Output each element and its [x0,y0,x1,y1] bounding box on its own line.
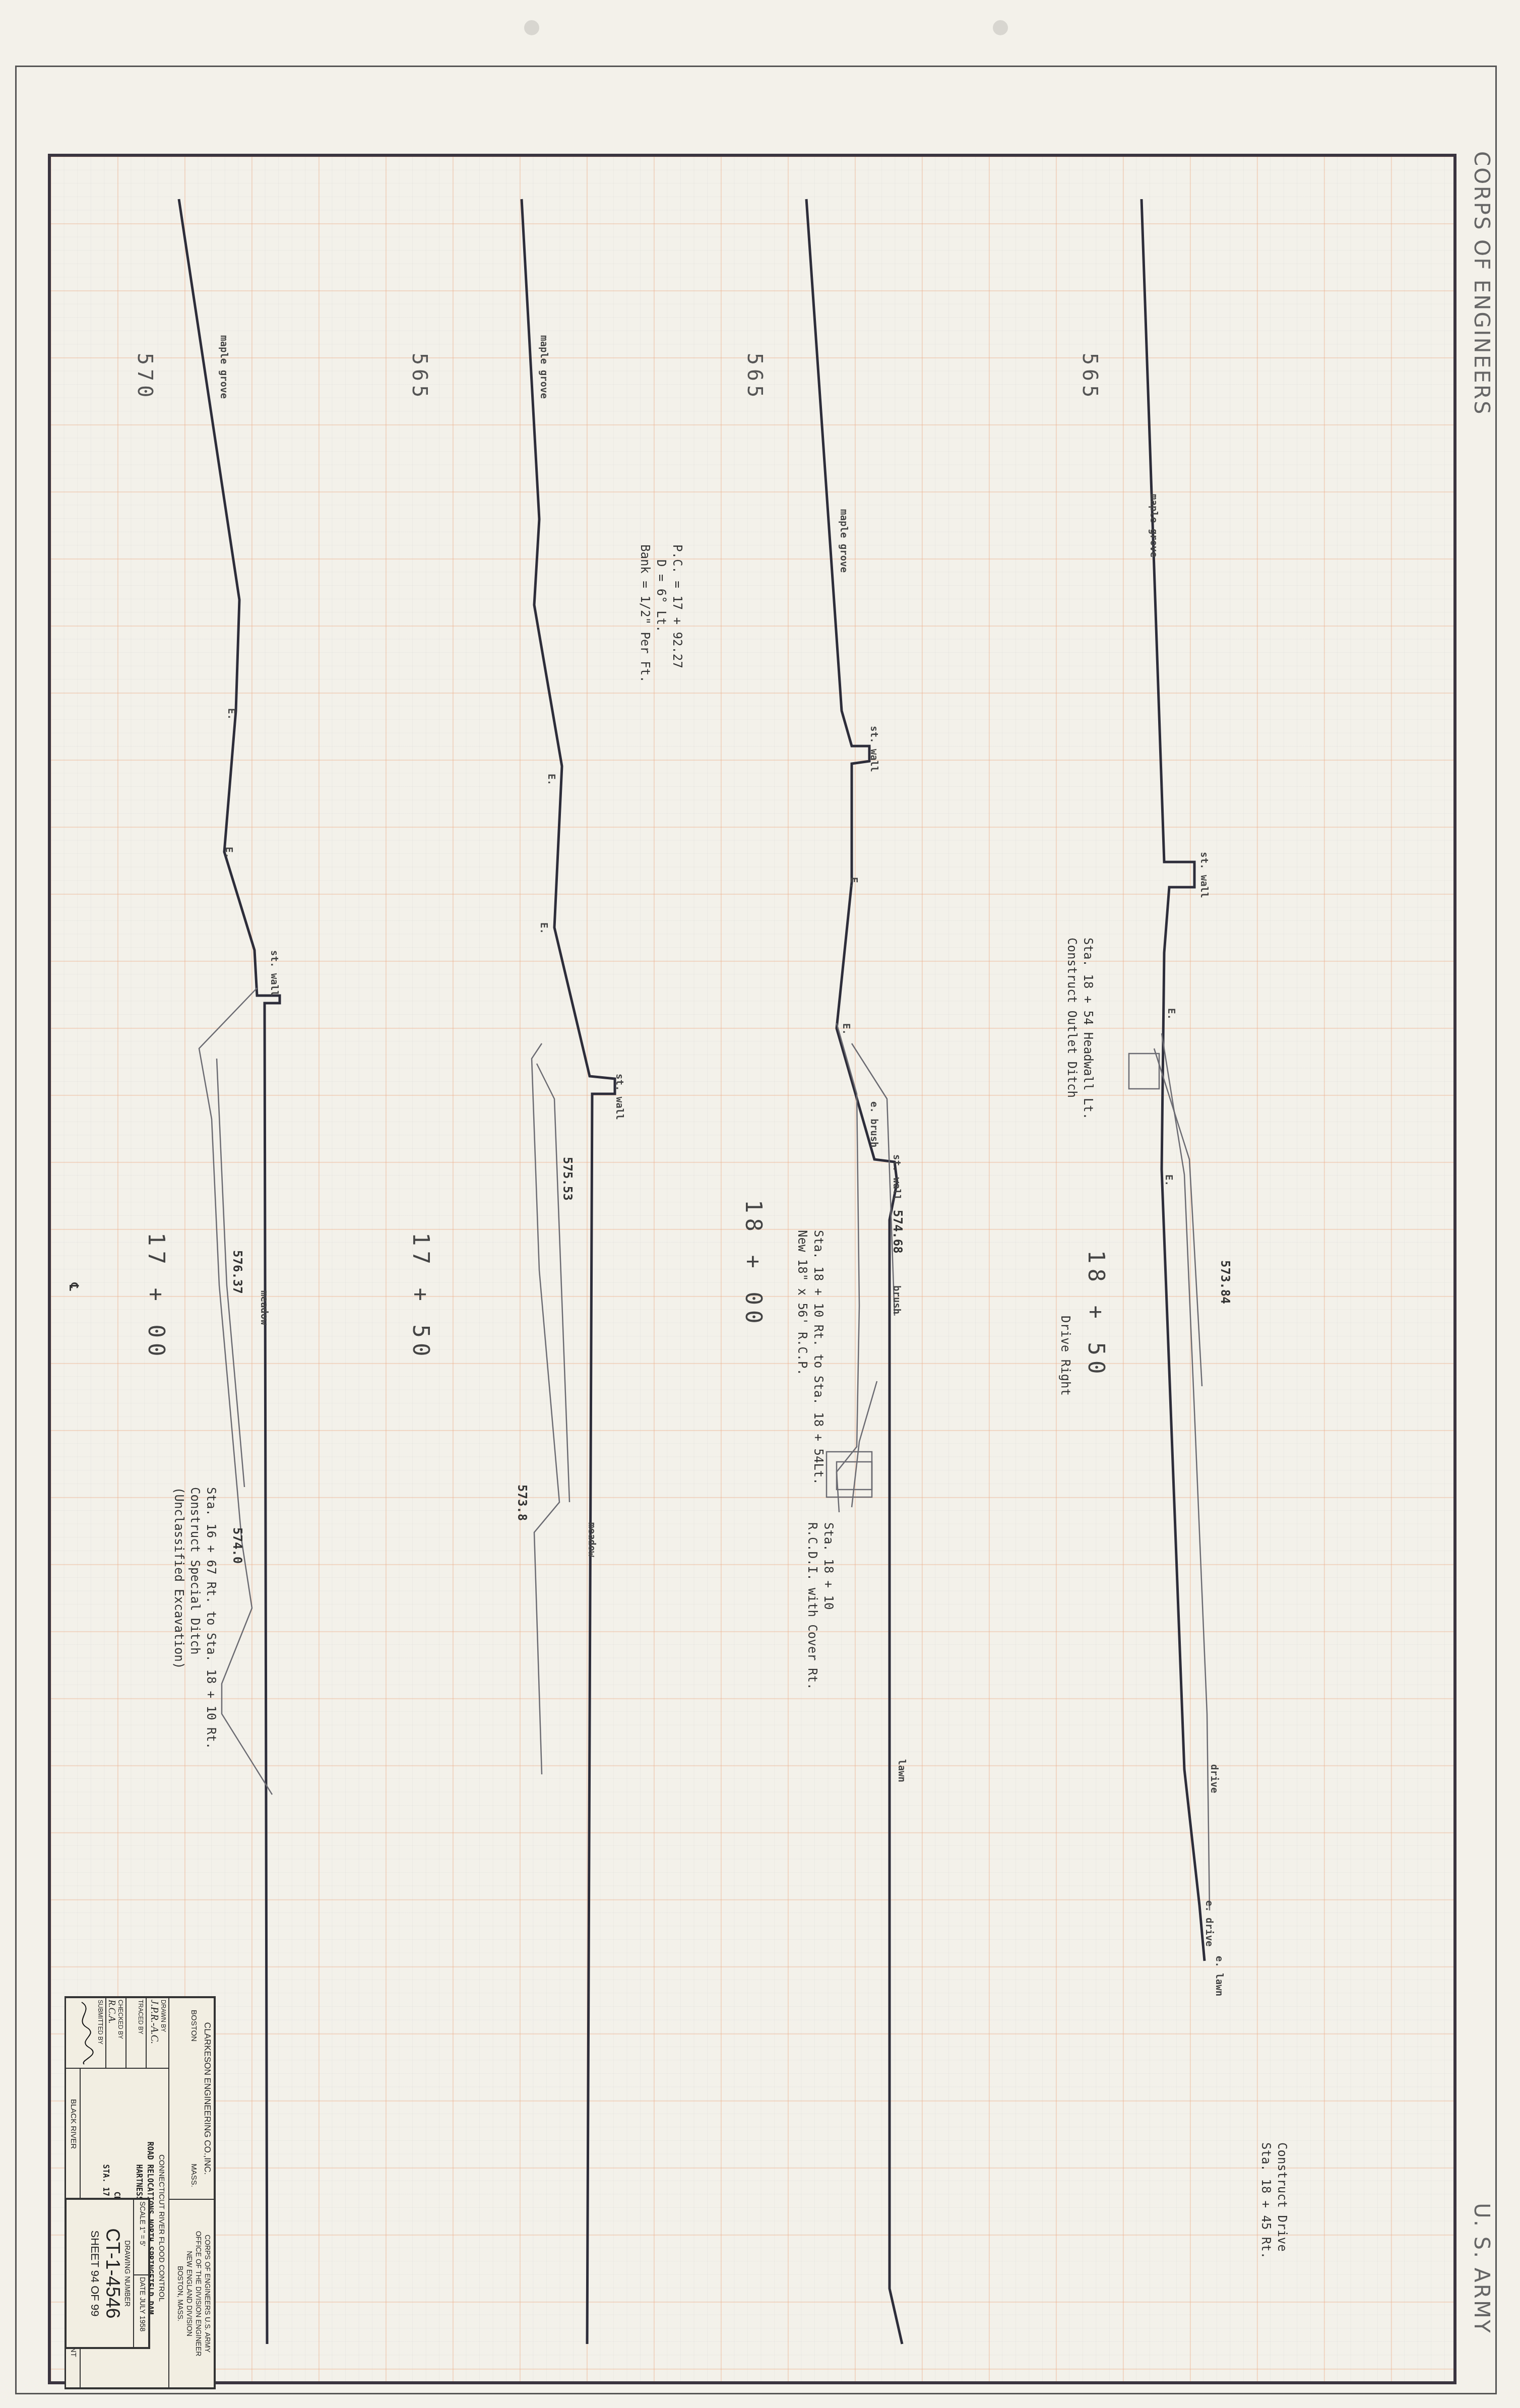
section-2-ditch-elevation: 573.8 [515,1485,529,1521]
note-line: D = 6° Lt. [653,544,669,683]
note-line: Sta. 18 + 45 Rt. [1258,2142,1274,2259]
submitted-by-label: SUBMITTED BY [97,2000,104,2066]
centerline-symbol: ℄ [67,1283,81,1290]
agency-cell: CORPS OF ENGINEERS U.S. ARMY OFFICE OF T… [169,2199,214,2388]
checked-by-label: CHECKED BY [117,2000,124,2066]
note-line: Sta. 16 + 67 Rt. to Sta. 18 + 10 Rt. [203,1487,219,1749]
agency-line: NEW ENGLAND DIVISION [185,2201,194,2386]
section-3-inlet-note: Sta. 18 + 10 R.C.D.I. with Cover Rt. [804,1522,837,1690]
section-4-headwall-note: Sta. 18 + 54 Headwall Lt. Construct Outl… [1064,938,1096,1120]
section-1-label-st-wall: st. wall [269,950,280,997]
section-3-pipe-note: Sta. 18 + 10 Rt. to Sta. 18 + 54Lt. New … [794,1230,827,1485]
section-1-station: 17 + 00 [143,1232,169,1361]
section-4-grade-elevation: 573.84 [1218,1260,1232,1304]
section-2-label-maple-grove: maple grove [538,335,549,399]
agency-line: CORPS OF ENGINEERS U.S. ARMY [203,2201,212,2386]
section-1-note: Sta. 16 + 67 Rt. to Sta. 18 + 10 Rt. Con… [171,1487,219,1749]
traced-by-label: TRACED BY [137,2000,144,2066]
note-line: Construct Special Ditch [187,1487,203,1749]
section-4-label-drive: drive [1209,1764,1220,1793]
note-line: Sta. 18 + 10 [820,1522,837,1690]
agency-line: OFFICE OF THE DIVISION ENGINEER [194,2201,203,2386]
section-3-label-st-wall-2: st. wall [891,1154,902,1201]
river-name: BLACK RIVER [68,2099,78,2149]
section-4-label-e1: E. [1166,1008,1177,1020]
note-line: R.C.D.I. with Cover Rt. [804,1522,820,1690]
checked-by-value: R.C.A. [106,2000,117,2066]
section-3-label-e1: E. [848,877,859,889]
note-line: P.C. = 17 + 92.27 [669,544,685,683]
section-4-station: 18 + 50 [1083,1250,1109,1379]
drawn-by-value: J.P.R.-A.C. [148,2000,160,2066]
submitted-by-cell: SUBMITTED BY [65,1998,106,2068]
section-3-label-e-brush: e. brush [868,1101,879,1148]
section-2-label-e1: E. [546,774,557,785]
project-name: CONNECTICUT RIVER FLOOD CONTROL [156,2070,167,2386]
drawn-by-label: DRAWN BY [160,2000,167,2066]
section-1-grade-elevation: 576.37 [230,1250,244,1294]
drawing-number: CT-1-4546 [101,2201,123,2345]
section-2-grade-elevation: 575.53 [560,1157,575,1201]
section-4-label-e-drive: e. drive [1204,1900,1215,1947]
section-3-label-maple-grove: maple grove [838,509,849,573]
section-2-label-st-wall: st. wall [614,1074,625,1120]
section-1-label-meadow: meadow [259,1290,270,1325]
section-1-label-e1: E. [226,708,237,720]
note-line: Construct Drive [1274,2142,1290,2259]
section-1-label-maple-grove: maple grove [218,335,229,399]
section-2-elevation-ref: 565 [408,353,431,401]
section-4-drive-note: Construct Drive Sta. 18 + 45 Rt. [1258,2142,1290,2259]
section-4-label-maple-grove: maple grove [1148,494,1159,558]
firm-name: CLARKESON ENGINEERING CO.,INC. [202,2000,212,2197]
section-4-elevation-ref: 565 [1078,353,1101,401]
section-3-label-st-wall: st. wall [868,726,879,772]
note-line: Bank = 1/2" Per Ft. [637,544,653,683]
firm-cell: CLARKESON ENGINEERING CO.,INC. BOSTON MA… [169,1998,214,2199]
sheet-number: SHEET 94 OF 99 [88,2201,101,2345]
drawing-number-label: DRAWING NUMBER [123,2201,132,2345]
section-1-label-e2: E. [223,847,234,858]
section-1-ditch-elevation: 574.0 [230,1527,244,1564]
section-3-label-brush: brush [891,1285,902,1314]
note-line: Sta. 18 + 10 Rt. to Sta. 18 + 54Lt. [810,1230,827,1485]
firm-city: BOSTON [189,2010,198,2042]
section-1-elevation-ref: 570 [133,353,156,401]
section-3-elevation-ref: 565 [743,353,766,401]
drawing-number-cell: DRAWING NUMBER CT-1-4546 SHEET 94 OF 99 [66,2199,134,2348]
firm-state: MASS. [189,2164,198,2187]
note-line: Construct Outlet Ditch [1064,938,1080,1120]
section-3-label-lawn: lawn [896,1759,907,1782]
section-4-drive-right: Drive Right [1057,1316,1073,1396]
section-2-curve-notes: P.C. = 17 + 92.27 D = 6° Lt. Bank = 1/2"… [637,544,685,683]
title-block-lower: SCALE 1" = 5' DATE JULY 1958 DRAWING NUM… [65,2198,150,2349]
section-3-grade-elevation: 574.68 [891,1210,905,1254]
signature [72,2000,97,2065]
drawn-by-cell: DRAWN BY J.P.R.-A.C. [146,1998,169,2068]
agency-line: BOSTON, MASS. [176,2201,185,2386]
section-2-label-meadow: meadow [586,1522,597,1557]
note-line: New 18" x 56' R.C.P. [794,1230,810,1485]
section-3-station: 18 + 00 [740,1200,766,1328]
section-3-label-e2: E. [841,1023,852,1035]
section-4-label-e-lawn: e. lawn [1214,1956,1225,1996]
section-2-station: 17 + 50 [408,1232,433,1361]
checked-by-cell: CHECKED BY R.C.A. [106,1998,126,2068]
section-4-label-st-wall: st. wall [1198,852,1210,898]
note-line: (Unclassified Excavation) [171,1487,187,1749]
traced-by-cell: TRACED BY [126,1998,146,2068]
section-4-label-e2: E. [1163,1175,1174,1186]
section-2-label-e2: E. [538,922,549,934]
date-value: DATE JULY 1958 [134,2275,149,2348]
note-line: Sta. 18 + 54 Headwall Lt. [1080,938,1096,1120]
scale-value: SCALE 1" = 5' [134,2199,149,2275]
